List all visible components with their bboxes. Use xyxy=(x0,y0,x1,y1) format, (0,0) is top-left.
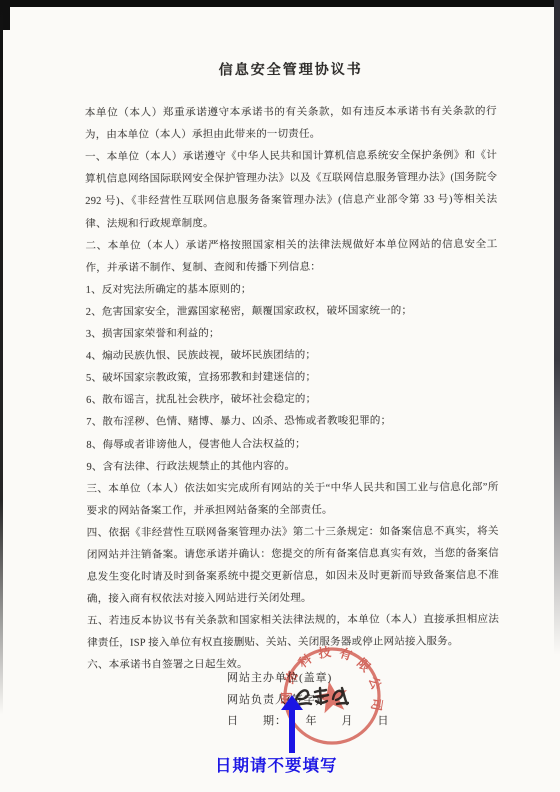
paragraph-intro: 本单位（本人）郑重承诺遵守本承诺书的有关条款，如有违反本承诺书有关条款的行为，由… xyxy=(85,101,497,147)
list-item-3: 3、损害国家荣誉和利益的； xyxy=(86,322,498,346)
list-item-8: 8、侮辱或者诽谤他人，侵害他人合法权益的； xyxy=(86,433,498,457)
scan-edge-top xyxy=(0,0,560,7)
list-item-7: 7、散布淫秽、色情、赌博、暴力、凶杀、恐怖或者教唆犯罪的； xyxy=(86,411,498,435)
list-item-5: 5、破坏国家宗教政策，宣扬邪教和封建迷信的； xyxy=(86,366,498,390)
document-body: 信息安全管理协议书 本单位（本人）郑重承诺遵守本承诺书的有关条款，如有违反本承诺… xyxy=(85,59,500,677)
list-item-9: 9、含有法律、行政法规禁止的其他内容的。 xyxy=(86,455,498,479)
annotation-text: 日期请不要填写 xyxy=(215,752,338,776)
clause-3: 三、本单位（本人）依法如实完成所有网站的关于“中华人民共和国工业与信息化部”所要… xyxy=(86,477,498,523)
clause-2: 二、本单位（本人）承诺严格按照国家相关的法律法规做好本单位网站的信息安全工作，并… xyxy=(85,234,497,280)
list-item-6: 6、散布谣言，扰乱社会秩序，破坏社会稳定的； xyxy=(86,388,498,412)
scan-edge-left xyxy=(0,0,3,715)
clause-4: 四、依据《非经营性互联网备案管理办法》第二十三条规定：如备案信息不真实，将关闭网… xyxy=(87,521,499,611)
list-item-4: 4、煽动民族仇恨、民族歧视，破坏民族团结的； xyxy=(86,344,498,368)
arrow-up-icon xyxy=(281,695,303,753)
clause-1: 一、本单位（本人）承诺遵守《中华人民共和国计算机信息系统安全保护条例》和《计算机… xyxy=(85,145,497,235)
page-title: 信息安全管理协议书 xyxy=(85,59,497,83)
list-item-2: 2、危害国家安全，泄露国家秘密，颠覆国家政权，破坏国家统一的； xyxy=(86,300,498,324)
scanned-document-page: 信息安全管理协议书 本单位（本人）郑重承诺遵守本承诺书的有关条款，如有违反本承诺… xyxy=(0,0,560,792)
scan-edge-right xyxy=(554,0,560,655)
list-item-1: 1、反对宪法所确定的基本原则的； xyxy=(86,278,498,302)
